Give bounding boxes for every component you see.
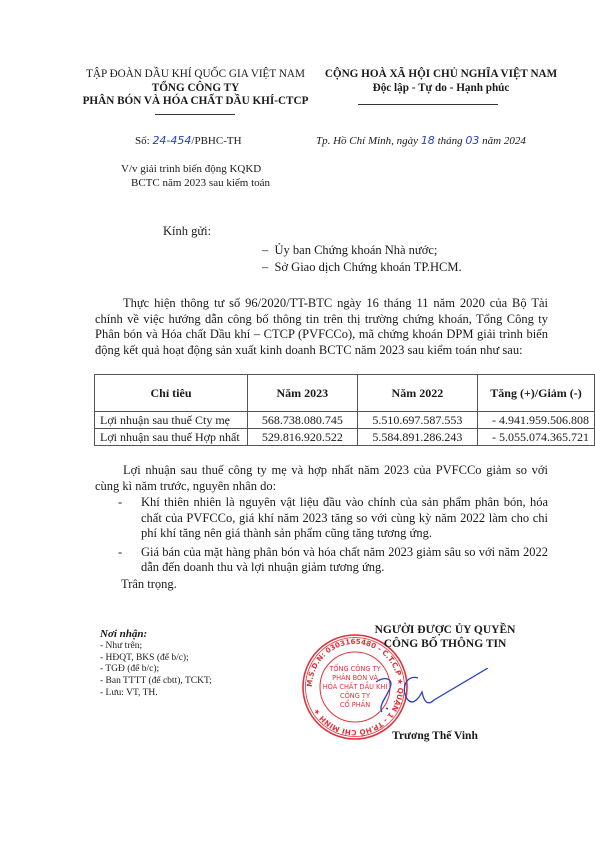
- explanation-paragraph: Lợi nhuận sau thuế công ty mẹ và hợp nhấ…: [95, 463, 548, 494]
- header-left-divider: [155, 114, 235, 115]
- signature-title-line2: CÔNG BỐ THÔNG TIN: [330, 637, 560, 651]
- value-change: - 4.941.959.506.808: [478, 412, 595, 429]
- value-2022: 5.584.891.286.243: [357, 429, 477, 446]
- subject-line2: BCTC năm 2023 sau kiểm toán: [121, 177, 270, 191]
- signature-icon: [370, 668, 490, 718]
- date-place: Tp. Hồ Chí Minh, ngày: [316, 135, 421, 147]
- date-day: 18: [421, 134, 435, 147]
- company-name-line2: PHÂN BÓN VÀ HÓA CHẤT DẦU KHÍ-CTCP: [68, 95, 323, 109]
- value-2023: 529.816.920.522: [248, 429, 358, 446]
- distribution-item: - Lưu: VT, TH.: [100, 688, 212, 700]
- recipient-item: Ủy ban Chứng khoán Nhà nước;: [262, 242, 462, 259]
- header-year-2022: Năm 2022: [357, 375, 477, 412]
- salutation: Kính gửi:: [163, 224, 211, 239]
- value-2022: 5.510.697.587.553: [357, 412, 477, 429]
- signer-name: Trương Thế Vinh: [335, 730, 535, 742]
- signature-title-line1: NGƯỜI ĐƯỢC ỦY QUYỀN: [330, 623, 560, 637]
- table-row: Lợi nhuận sau thuế Cty mẹ 568.738.080.74…: [95, 412, 595, 429]
- header-year-2023: Năm 2023: [248, 375, 358, 412]
- document-date: Tp. Hồ Chí Minh, ngày 18 tháng 03 năm 20…: [316, 134, 526, 147]
- date-year: năm 2024: [479, 135, 525, 147]
- distribution-item: - HĐQT, BKS (để b/c);: [100, 653, 212, 665]
- distribution-list: Nơi nhận: - Như trên; - HĐQT, BKS (để b/…: [100, 629, 212, 700]
- recipient-item: Sở Giao dịch Chứng khoán TP.HCM.: [262, 259, 462, 276]
- signature-title: NGƯỜI ĐƯỢC ỦY QUYỀN CÔNG BỐ THÔNG TIN: [330, 623, 560, 651]
- reason-list: Khí thiên nhiên là nguyên vật liệu đầu v…: [118, 495, 548, 579]
- table-header-row: Chỉ tiêu Năm 2023 Năm 2022 Tăng (+)/Giảm…: [95, 375, 595, 412]
- reason-item: Giá bán của mặt hàng phân bón và hóa chấ…: [118, 545, 548, 576]
- distribution-item: - TGĐ (để b/c);: [100, 664, 212, 676]
- value-2023: 568.738.080.745: [248, 412, 358, 429]
- issuer-header: TẬP ĐOÀN DẦU KHÍ QUỐC GIA VIỆT NAM TỔNG …: [68, 68, 323, 109]
- header-right-divider: [358, 104, 498, 105]
- header-change: Tăng (+)/Giảm (-): [478, 375, 595, 412]
- subject-line1: V/v giải trình biến động KQKD: [121, 163, 270, 177]
- document-number-suffix: /PBHC-TH: [191, 135, 241, 147]
- table-row: Lợi nhuận sau thuế Hợp nhất 529.816.920.…: [95, 429, 595, 446]
- date-month: 03: [465, 134, 479, 147]
- closing: Trân trọng.: [121, 577, 177, 592]
- header-indicator: Chỉ tiêu: [95, 375, 248, 412]
- seal-center-text: CÔNG TY: [340, 691, 371, 700]
- distribution-title: Nơi nhận:: [100, 629, 212, 641]
- profit-comparison-table: Chỉ tiêu Năm 2023 Năm 2022 Tăng (+)/Giảm…: [94, 374, 595, 446]
- intro-paragraph: Thực hiện thông tư số 96/2020/TT-BTC ngà…: [95, 296, 548, 359]
- row-label: Lợi nhuận sau thuế Cty mẹ: [95, 412, 248, 429]
- reason-item: Khí thiên nhiên là nguyên vật liệu đầu v…: [118, 495, 548, 542]
- document-number-handwritten: 24-454: [152, 134, 191, 147]
- national-header: CỘNG HOÀ XÃ HỘI CHỦ NGHĨA VIỆT NAM Độc l…: [312, 68, 570, 95]
- document-number-prefix: Số:: [135, 135, 152, 147]
- national-motto: Độc lập - Tự do - Hạnh phúc: [312, 82, 570, 96]
- date-month-label: tháng: [435, 135, 466, 147]
- document-number: Số: 24-454/PBHC-TH: [135, 134, 242, 147]
- company-name-line1: TỔNG CÔNG TY: [68, 82, 323, 96]
- value-change: - 5.055.074.365.721: [478, 429, 595, 446]
- distribution-item: - Như trên;: [100, 641, 212, 653]
- parent-organization: TẬP ĐOÀN DẦU KHÍ QUỐC GIA VIỆT NAM: [68, 68, 323, 82]
- subject: V/v giải trình biến động KQKD BCTC năm 2…: [121, 163, 270, 190]
- recipient-list: Ủy ban Chứng khoán Nhà nước; Sở Giao dịc…: [262, 242, 462, 276]
- seal-center-text: CỔ PHẦN: [340, 699, 370, 709]
- row-label: Lợi nhuận sau thuế Hợp nhất: [95, 429, 248, 446]
- distribution-item: - Ban TTTT (để cbtt), TCKT;: [100, 676, 212, 688]
- national-title: CỘNG HOÀ XÃ HỘI CHỦ NGHĨA VIỆT NAM: [312, 68, 570, 82]
